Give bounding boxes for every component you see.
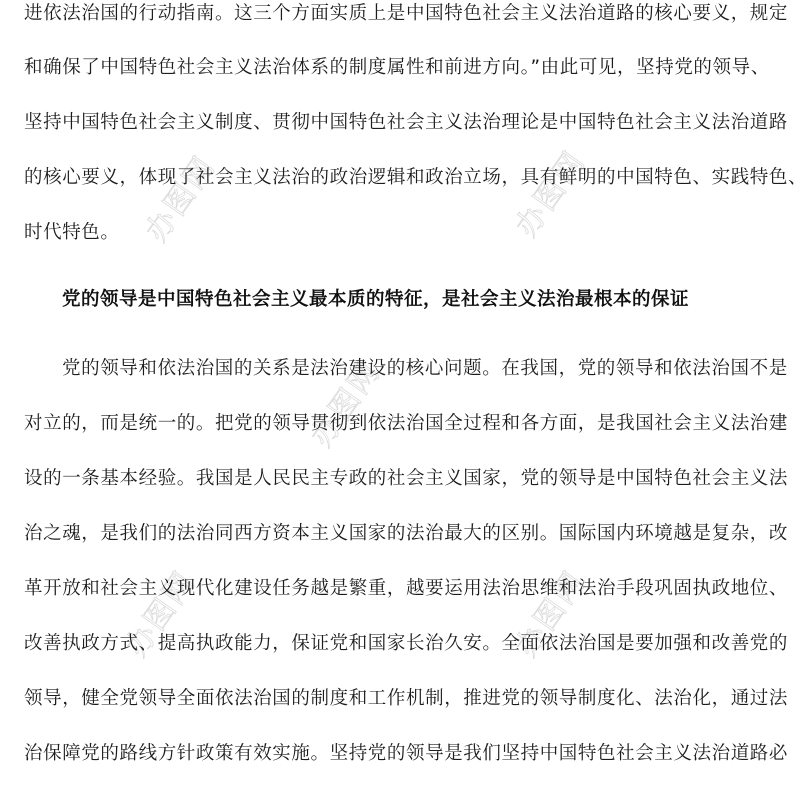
text-line: 坚持中国特色社会主义制度、贯彻中国特色社会主义法治理论是中国特色社会主义法治道路 (24, 111, 780, 135)
text-line: 对立的，而是统一的。把党的领导贯彻到依法治国全过程和各方面，是我国社会主义法治建 (24, 412, 780, 436)
text-line: 时代特色。 (24, 221, 780, 245)
document-page: 办图网 办图网 办图网 办图网 办图网 进依法治国的行动指南。这三个方面实质上是… (0, 0, 800, 800)
text-line: 设的一条基本经验。我国是人民民主专政的社会主义国家，党的领导是中国特色社会主义法 (24, 467, 780, 491)
text-line: 改善执政方式、提高执政能力，保证党和国家长治久安。全面依法治国是要加强和改善党的 (24, 632, 780, 656)
text-line: 治保障党的路线方针政策有效实施。坚持党的领导是我们坚持中国特色社会主义法治道路必 (24, 742, 780, 766)
section-heading: 党的领导是中国特色社会主义最本质的特征，是社会主义法治最根本的保证 (62, 288, 689, 312)
text-line: 和确保了中国特色社会主义法治体系的制度属性和前进方向。”由此可见，坚持党的领导、 (24, 56, 780, 80)
text-line: 革开放和社会主义现代化建设任务越是繁重，越要运用法治思维和法治手段巩固执政地位、 (24, 577, 780, 601)
text-line: 的核心要义，体现了社会主义法治的政治逻辑和政治立场，具有鲜明的中国特色、实践特色… (24, 166, 780, 190)
text-line: 治之魂，是我们的法治同西方资本主义国家的法治最大的区别。国际国内环境越是复杂，改 (24, 522, 780, 546)
text-line: 领导，健全党领导全面依法治国的制度和工作机制，推进党的领导制度化、法治化，通过法 (24, 687, 780, 711)
text-line: 进依法治国的行动指南。这三个方面实质上是中国特色社会主义法治道路的核心要义，规定 (24, 2, 780, 26)
text-line: 党的领导和依法治国的关系是法治建设的核心问题。在我国，党的领导和依法治国不是 (62, 357, 800, 381)
